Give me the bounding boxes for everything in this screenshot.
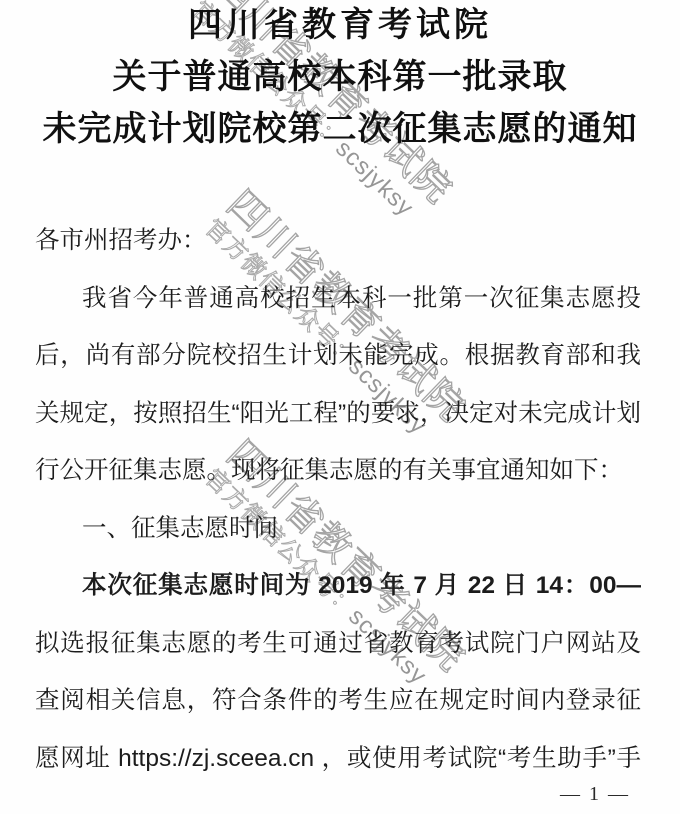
- body-line: 拟选报征集志愿的考生可通过省教育考试院门户网站及时: [35, 615, 641, 673]
- body-line-salutation: 各市州招考办：: [35, 212, 641, 270]
- body-line: 后，尚有部分院校招生计划未能完成。根据教育部和我省有: [35, 327, 641, 385]
- body-line: 查阅相关信息，符合条件的考生应在规定时间内登录征集志: [35, 672, 641, 730]
- page-number: — 1 —: [560, 783, 630, 806]
- body-line: 关规定，按照招生“阳光工程”的要求，决定对未完成计划实: [35, 385, 641, 443]
- body-line-section-heading: 一、征集志愿时间: [35, 500, 641, 558]
- document-body: 各市州招考办： 我省今年普通高校招生本科一批第一次征集志愿投档 后，尚有部分院校…: [35, 212, 641, 787]
- body-line: 我省今年普通高校招生本科一批第一次征集志愿投档: [35, 270, 641, 328]
- body-line-schedule: 本次征集志愿时间为 2019 年 7 月 22 日 14：00—22:00。: [35, 557, 641, 615]
- title-line-subject-1: 关于普通高校本科第一批录取: [0, 52, 680, 104]
- document-title: 四川省教育考试院 关于普通高校本科第一批录取 未完成计划院校第二次征集志愿的通知: [0, 0, 680, 156]
- document-page: 四川省教育考试院 官方微信公众号：scsjyksy 四川省教育考试院 官方微信公…: [0, 0, 680, 814]
- body-line-with-url: 愿网址 https://zj.sceea.cn ，或使用考试院“考生助手”手机客…: [35, 730, 641, 788]
- title-line-subject-2: 未完成计划院校第二次征集志愿的通知: [0, 104, 680, 156]
- body-line: 行公开征集志愿。现将征集志愿的有关事宜通知如下：: [35, 442, 641, 500]
- title-line-issuer: 四川省教育考试院: [0, 0, 680, 52]
